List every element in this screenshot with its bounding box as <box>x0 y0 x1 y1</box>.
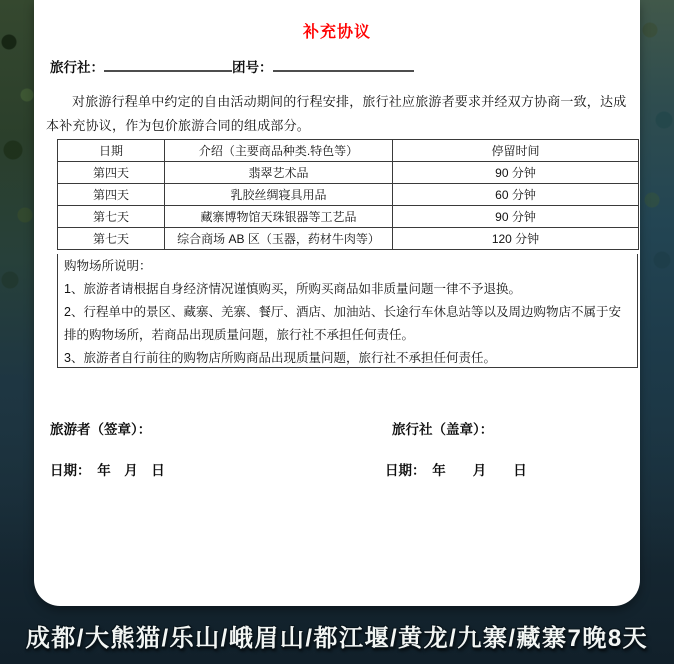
shopping-notes-box: 购物场所说明： 1、旅游者请根据自身经济情况谨慎购买，所购买商品如非质量问题一律… <box>57 254 638 368</box>
document-title: 补充协议 <box>34 19 640 42</box>
traveler-date-line: 日期： 年 月 日 <box>50 459 165 479</box>
notes-title: 购物场所说明： <box>64 255 631 278</box>
cell-introduction: 藏寨博物馆天珠银器等工艺品 <box>165 206 393 228</box>
note-item-2: 2、行程单中的景区、藏寨、羌寨、餐厅、酒店、加油站、长途行车休息站等以及周边购物… <box>64 301 631 347</box>
agency-date-line: 日期： 年 月 日 <box>385 459 527 479</box>
cell-introduction: 综合商场 AB 区（玉器，药材牛肉等） <box>165 228 393 250</box>
travel-agency-label: 旅行社： <box>50 60 104 75</box>
group-number-label: 团号： <box>232 60 273 75</box>
table-header-row: 日期 介绍（主要商品种类.特色等） 停留时间 <box>58 140 639 162</box>
shopping-arrangements-table: 日期 介绍（主要商品种类.特色等） 停留时间 第四天 翡翠艺术品 90 分钟 第… <box>57 139 639 250</box>
cell-date: 第七天 <box>58 228 165 250</box>
page: 补充协议 旅行社：团号： 对旅游行程单中约定的自由活动期间的行程安排，旅行社应旅… <box>0 0 674 664</box>
note-item-3: 3、旅游者自行前往的购物店所购商品出现质量问题，旅行社不承担任何责任。 <box>64 347 631 370</box>
cell-introduction: 乳胶丝绸寝具用品 <box>165 184 393 206</box>
group-number-blank-field[interactable] <box>273 59 414 72</box>
background-photo-left <box>0 0 35 618</box>
cell-date: 第四天 <box>58 184 165 206</box>
background-photo-right <box>640 0 674 618</box>
agency-seal-label: 旅行社（盖章）： <box>392 418 493 438</box>
cell-duration: 90 分钟 <box>393 162 639 184</box>
agency-group-line: 旅行社：团号： <box>50 56 414 76</box>
table-row: 第四天 乳胶丝绸寝具用品 60 分钟 <box>58 184 639 206</box>
cell-duration: 60 分钟 <box>393 184 639 206</box>
cell-date: 第四天 <box>58 162 165 184</box>
table-row: 第四天 翡翠艺术品 90 分钟 <box>58 162 639 184</box>
table-row: 第七天 藏寨博物馆天珠银器等工艺品 90 分钟 <box>58 206 639 228</box>
cell-introduction: 翡翠艺术品 <box>165 162 393 184</box>
travel-agency-blank-field[interactable] <box>104 59 232 72</box>
cell-duration: 120 分钟 <box>393 228 639 250</box>
table-row: 第七天 综合商场 AB 区（玉器，药材牛肉等） 120 分钟 <box>58 228 639 250</box>
cell-duration: 90 分钟 <box>393 206 639 228</box>
intro-paragraph: 对旅游行程单中约定的自由活动期间的行程安排，旅行社应旅游者要求并经双方协商一致，… <box>46 90 632 138</box>
column-header-introduction: 介绍（主要商品种类.特色等） <box>165 140 393 162</box>
note-item-1: 1、旅游者请根据自身经济情况谨慎购买，所购买商品如非质量问题一律不予退换。 <box>64 278 631 301</box>
column-header-duration: 停留时间 <box>393 140 639 162</box>
traveler-signature-label: 旅游者（签章）： <box>50 418 151 438</box>
tour-title-banner: 成都/大熊猫/乐山/峨眉山/都江堰/黄龙/九寨/藏寨7晚8天 <box>0 618 674 653</box>
column-header-date: 日期 <box>58 140 165 162</box>
cell-date: 第七天 <box>58 206 165 228</box>
agreement-document: 补充协议 旅行社：团号： 对旅游行程单中约定的自由活动期间的行程安排，旅行社应旅… <box>34 0 640 606</box>
